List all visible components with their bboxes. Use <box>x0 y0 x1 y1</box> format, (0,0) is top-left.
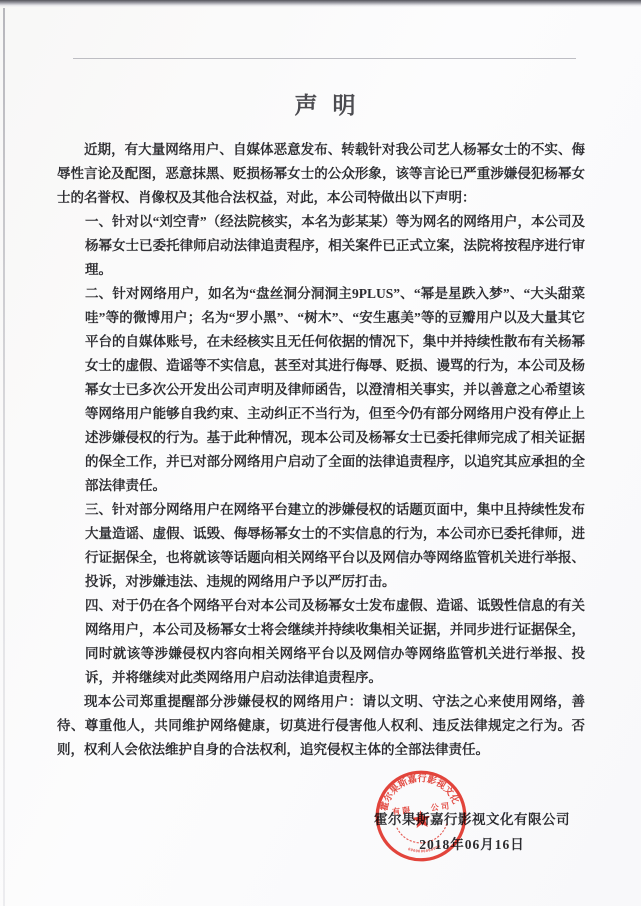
seal-ring-text: 霍尔果斯嘉行影视文化 <box>374 768 462 814</box>
scan-artifact-line <box>73 58 576 59</box>
statement-item-4: 四、对于仍在各个网络平台对本公司及杨幂女士发布虚假、造谣、诋毁性信息的有关网络用… <box>85 594 585 690</box>
statement-item-2: 二、针对网络用户，如名为“盘丝洞分洞洞主9PLUS”、“幂是星跌入梦”、“大头甜… <box>85 282 585 498</box>
page-title: 声明 <box>0 87 641 120</box>
statement-item-1: 一、针对以“刘空青”（经法院核实，本名为彭某某）等为网名的网络用户，本公司及杨幂… <box>85 210 585 282</box>
intro-paragraph: 近期，有大量网络用户、自媒体恶意发布、转载针对我公司艺人杨幂女士的不实、侮辱性言… <box>57 138 585 210</box>
signature-company-name: 霍尔果斯嘉行影视文化有限公司 <box>374 808 570 831</box>
signature-block: 霍尔果斯嘉行影视文化有限公司 2018年06月16日 <box>374 808 570 856</box>
signature-date: 2018年06月16日 <box>374 833 570 856</box>
scanned-statement-page: 声明 近期，有大量网络用户、自媒体恶意发布、转载针对我公司艺人杨幂女士的不实、侮… <box>0 0 641 906</box>
statement-item-3: 三、针对部分网络用户在网络平台建立的涉嫌侵权的话题页面中，集中且持续性发布大量造… <box>85 498 585 594</box>
statement-body: 近期，有大量网络用户、自媒体恶意发布、转载针对我公司艺人杨幂女士的不实、侮辱性言… <box>57 138 585 762</box>
closing-paragraph: 现本公司郑重提醒部分涉嫌侵权的网络用户：请以文明、守法之心来使用网络，善待、尊重… <box>57 690 585 762</box>
